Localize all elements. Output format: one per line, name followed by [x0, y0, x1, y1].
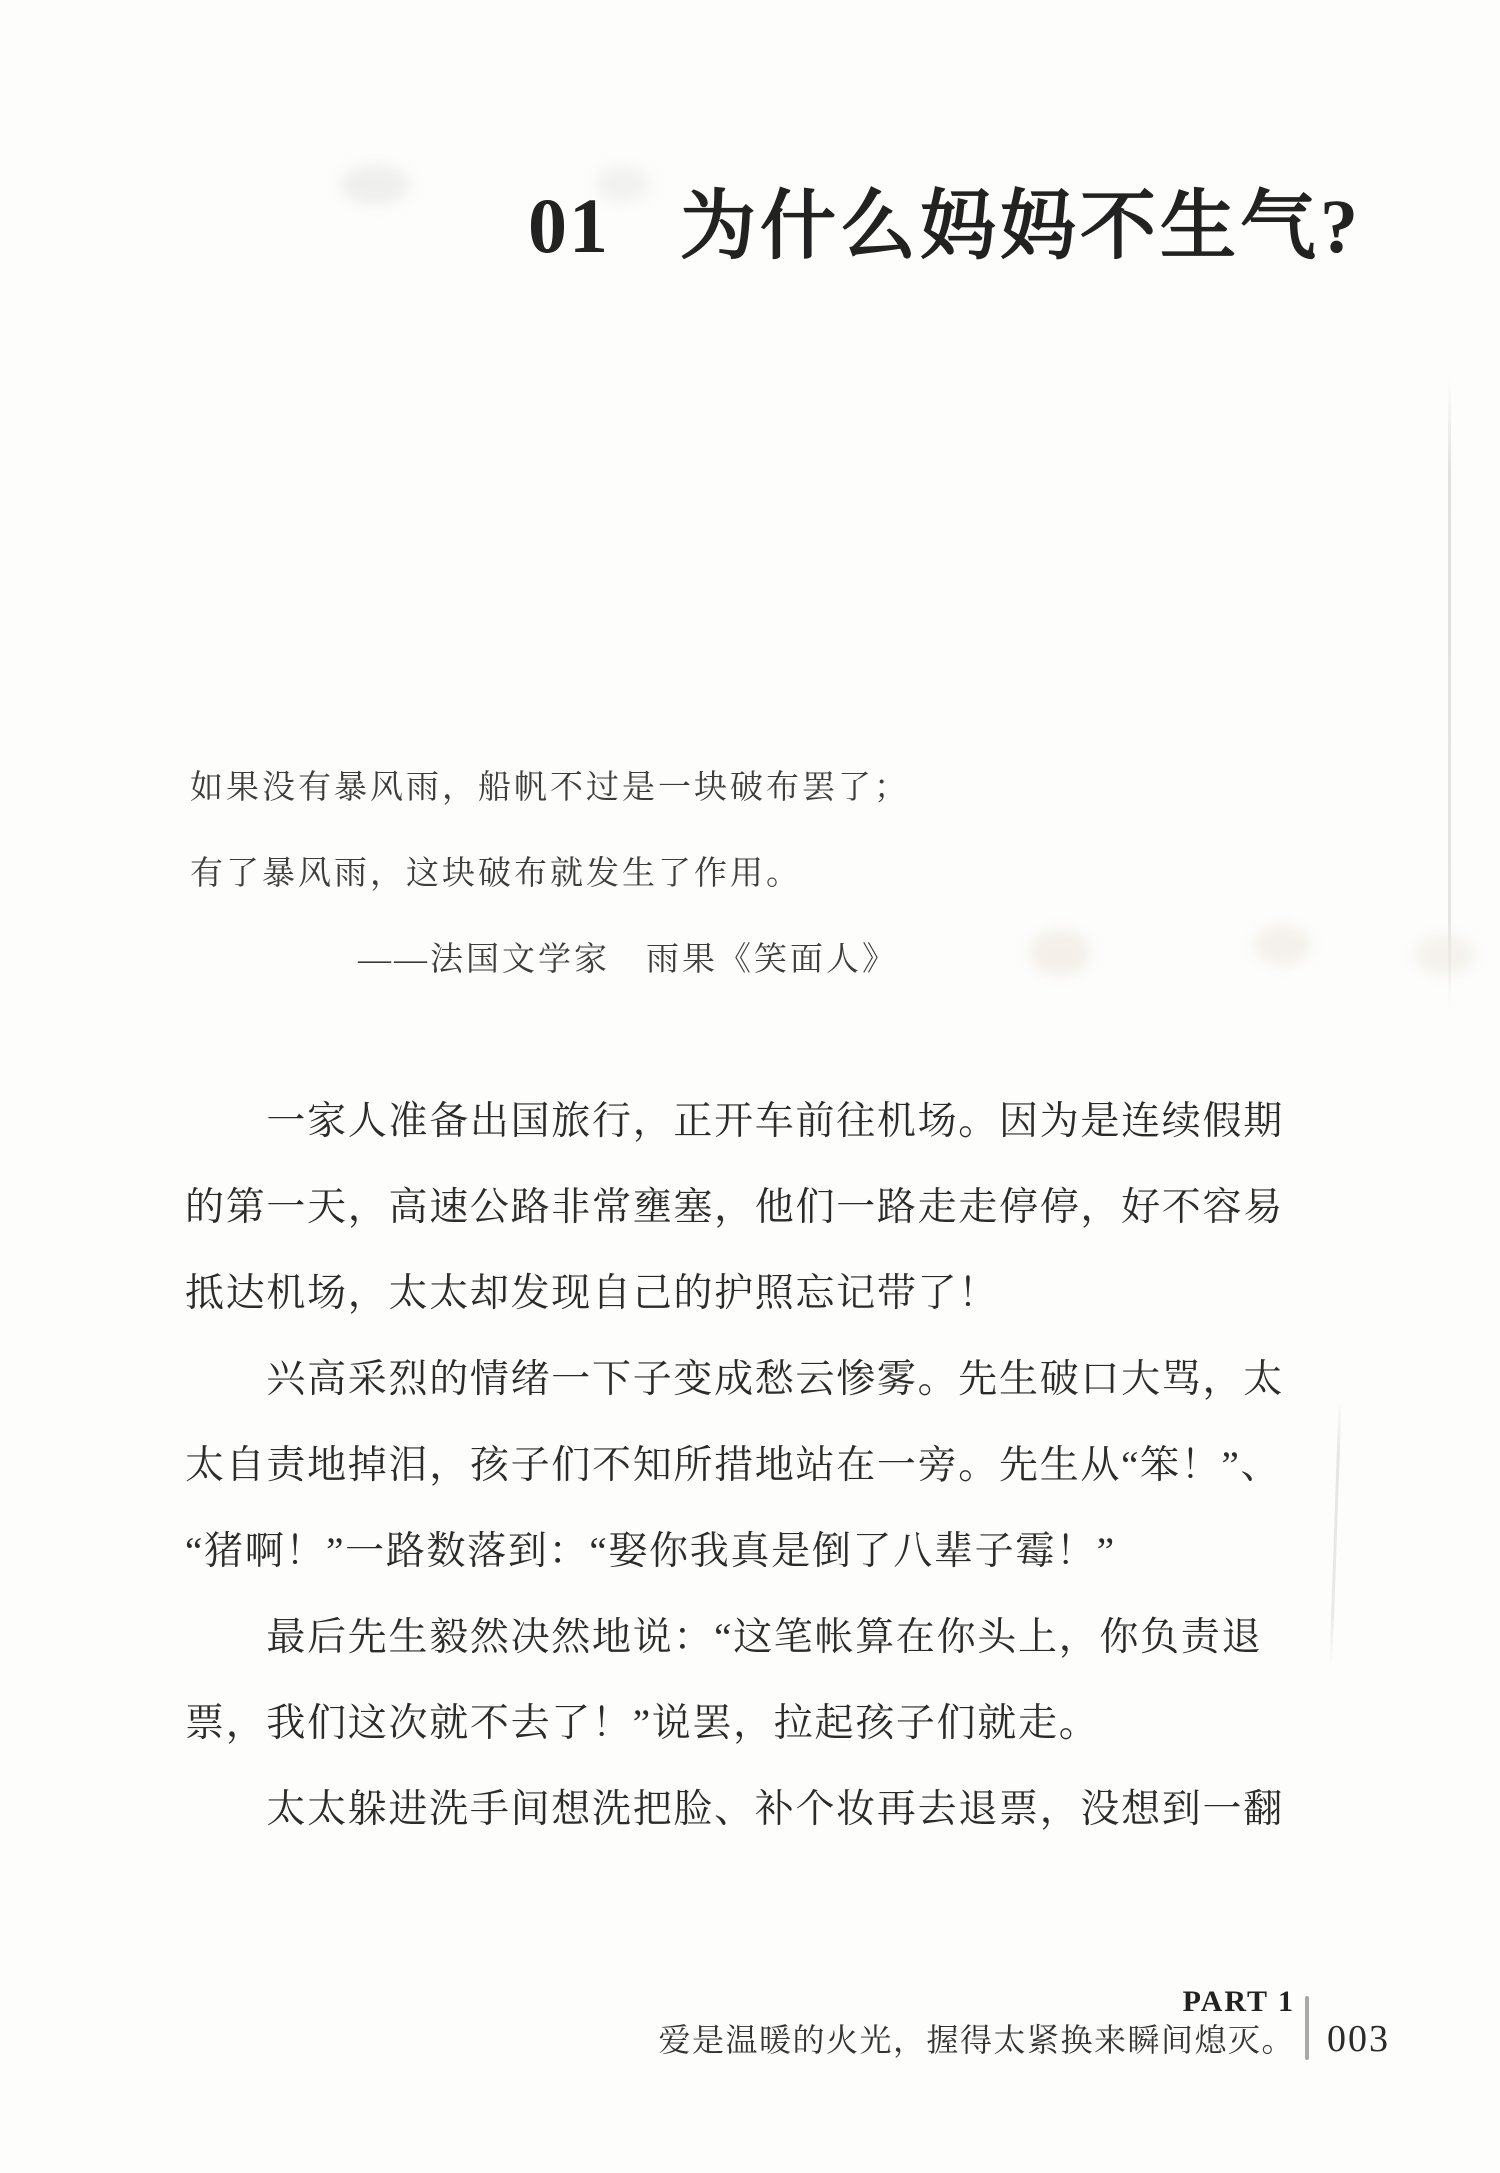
body-paragraph-3: 最后先生毅然决然地说：“这笔帐算在你头上，你负责退 票，我们这次就不去了！”说罢… [185, 1595, 1375, 1767]
scan-artifact-smudge [1255, 925, 1310, 965]
scan-artifact-smudge [340, 165, 410, 205]
epigraph-line-2: 有了暴风雨，这块破布就发生了作用。 [190, 831, 910, 917]
epigraph: 如果没有暴风雨，船帆不过是一块破布罢了； 有了暴风雨，这块破布就发生了作用。 —… [190, 745, 910, 1003]
footer-meta: PART 1 爱是温暖的火光，握得太紧换来瞬间熄灭。 [658, 1986, 1295, 2060]
epigraph-attribution: ——法国文学家 雨果《笑面人》 [190, 917, 910, 1003]
body-text: 一家人准备出国旅行，正开车前往机场。因为是连续假期 的第一天，高速公路非常壅塞，… [185, 1079, 1375, 1853]
body-paragraph-1: 一家人准备出国旅行，正开车前往机场。因为是连续假期 的第一天，高速公路非常壅塞，… [185, 1079, 1375, 1337]
scan-artifact-smudge [1030, 930, 1090, 975]
body-paragraph-4: 太太躲进洗手间想洗把脸、补个妆再去退票，没想到一翻 [185, 1767, 1375, 1853]
body-paragraph-2: 兴高采烈的情绪一下子变成愁云惨雾。先生破口大骂，太 太自责地掉泪，孩子们不知所措… [185, 1337, 1375, 1595]
book-page: 01 为什么妈妈不生气? 如果没有暴风雨，船帆不过是一块破布罢了； 有了暴风雨，… [0, 0, 1500, 2173]
footer-divider [1305, 1996, 1309, 2060]
page-number: 003 [1327, 2018, 1390, 2060]
chapter-title: 为什么妈妈不生气? [680, 186, 1362, 268]
scan-artifact-vertical-line [1448, 378, 1451, 1008]
part-subtitle: 爱是温暖的火光，握得太紧换来瞬间熄灭。 [658, 2020, 1295, 2060]
part-label: PART 1 [1183, 1986, 1295, 2018]
page-footer: PART 1 爱是温暖的火光，握得太紧换来瞬间熄灭。 003 [658, 1986, 1390, 2060]
scan-artifact-smudge [1415, 935, 1475, 975]
chapter-number: 01 [528, 187, 610, 265]
epigraph-line-1: 如果没有暴风雨，船帆不过是一块破布罢了； [190, 745, 910, 831]
chapter-header: 01 为什么妈妈不生气? [528, 186, 1362, 268]
